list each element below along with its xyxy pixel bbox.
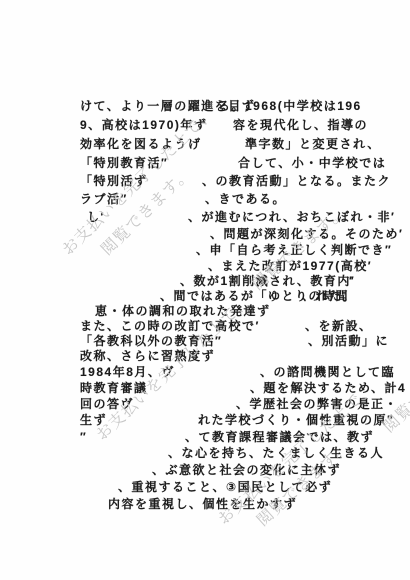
text-fragment: 容を現代化し、指導の: [233, 118, 368, 132]
text-fragment: 、れた。: [302, 289, 356, 303]
text-fragment: 準字数」と変更され、: [245, 137, 381, 151]
text-fragment: 、の諮問機関として臨: [260, 365, 395, 379]
text-fragment: 、が進むにつれ、おちこぼれ・非′: [188, 210, 395, 224]
text-fragment: 、題を解決するため、計4: [250, 381, 406, 395]
text-fragment: 、別活動」に: [308, 334, 389, 348]
text-fragment: ″: [80, 430, 87, 444]
text-fragment: る。1968(中学校は196: [218, 99, 362, 113]
text-fragment: 、を新設、: [305, 319, 373, 333]
text-fragment: 、きである。: [205, 192, 286, 206]
text-fragment: 、の教育活動」となる。またク: [202, 174, 391, 188]
text-fragment: ′: [349, 274, 353, 288]
document-page: けて、より一層の躍進を目ずる。1968(中学校は1969、高校は1970)年ず容…: [0, 0, 410, 580]
text-fragment: 合して、小・中学校では: [238, 156, 386, 170]
